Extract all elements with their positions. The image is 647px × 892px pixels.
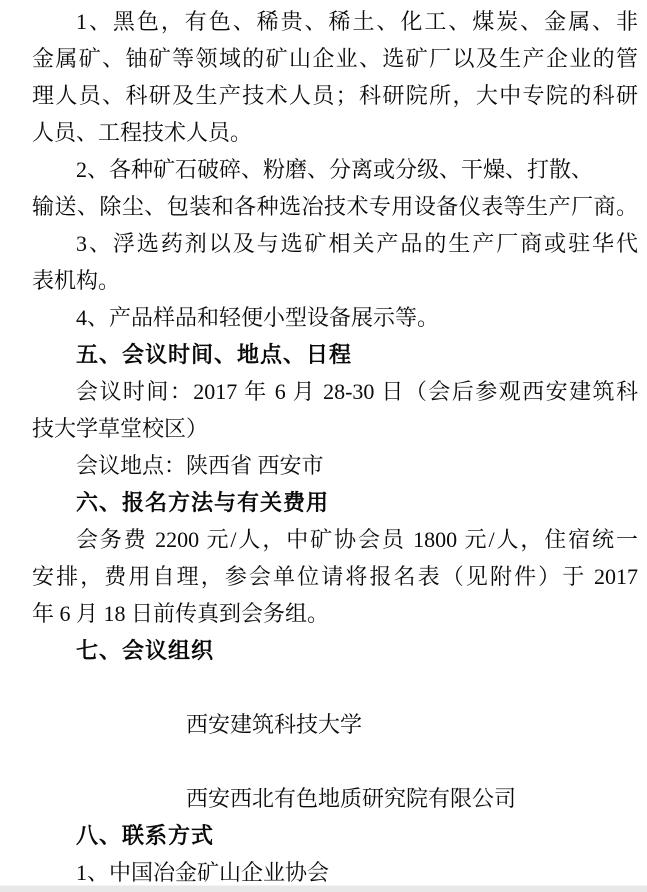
- section8-heading: 八、联系方式: [32, 817, 638, 854]
- meeting-time-line-2: 技大学草堂校区）: [32, 410, 638, 447]
- fee-line-2: 安排，费用自理，参会单位请将报名表（见附件）于 2017: [32, 558, 638, 595]
- co-organizer-name-2: 西安西北有色地质研究院有限公司: [32, 780, 638, 817]
- document-page: 1、黑色，有色、稀贵、稀土、化工、煤炭、金属、非 金属矿、铀矿等领域的矿山企业、…: [0, 0, 647, 892]
- page-bottom-edge: [0, 885, 647, 892]
- audience-line-1: 1、黑色，有色、稀贵、稀土、化工、煤炭、金属、非: [32, 3, 638, 40]
- section5-heading: 五、会议时间、地点、日程: [32, 336, 638, 373]
- section6-heading: 六、报名方法与有关费用: [32, 484, 638, 521]
- audience-line-3: 理人员、科研及生产技术人员；科研院所，大中专院的科研: [32, 77, 638, 114]
- meeting-time-line-1: 会议时间：2017 年 6 月 28-30 日（会后参观西安建筑科: [32, 373, 638, 410]
- equipment-vendors-line-2: 输送、除尘、包装和各种选冶技术专用设备仪表等生产厂商。: [32, 188, 638, 225]
- organizer-line: 主办单位：中国冶金矿山企业协会: [32, 669, 638, 706]
- audience-line-4: 人员、工程技术人员。: [32, 114, 638, 151]
- audience-line-2: 金属矿、铀矿等领域的矿山企业、选矿厂以及生产企业的管: [32, 40, 638, 77]
- organizer-name-2: 西安建筑科技大学: [32, 706, 638, 743]
- meeting-location: 会议地点：陕西省 西安市: [32, 447, 638, 484]
- fee-line-3: 年 6 月 18 日前传真到会务组。: [32, 595, 638, 632]
- fee-line-1: 会务费 2200 元/人，中矿协会员 1800 元/人，住宿统一: [32, 521, 638, 558]
- reagent-vendors-line-1: 3、浮选药剂以及与选矿相关产品的生产厂商或驻华代: [32, 225, 638, 262]
- section7-heading: 七、会议组织: [32, 632, 638, 669]
- co-organizer-line: 协办单位：陕西省有色金属学会: [32, 743, 638, 780]
- equipment-vendors-line-1: 2、各种矿石破碎、粉磨、分离或分级、干燥、打散、: [32, 151, 638, 188]
- exhibits-line-1: 4、产品样品和轻便小型设备展示等。: [32, 299, 638, 336]
- reagent-vendors-line-2: 表机构。: [32, 262, 638, 299]
